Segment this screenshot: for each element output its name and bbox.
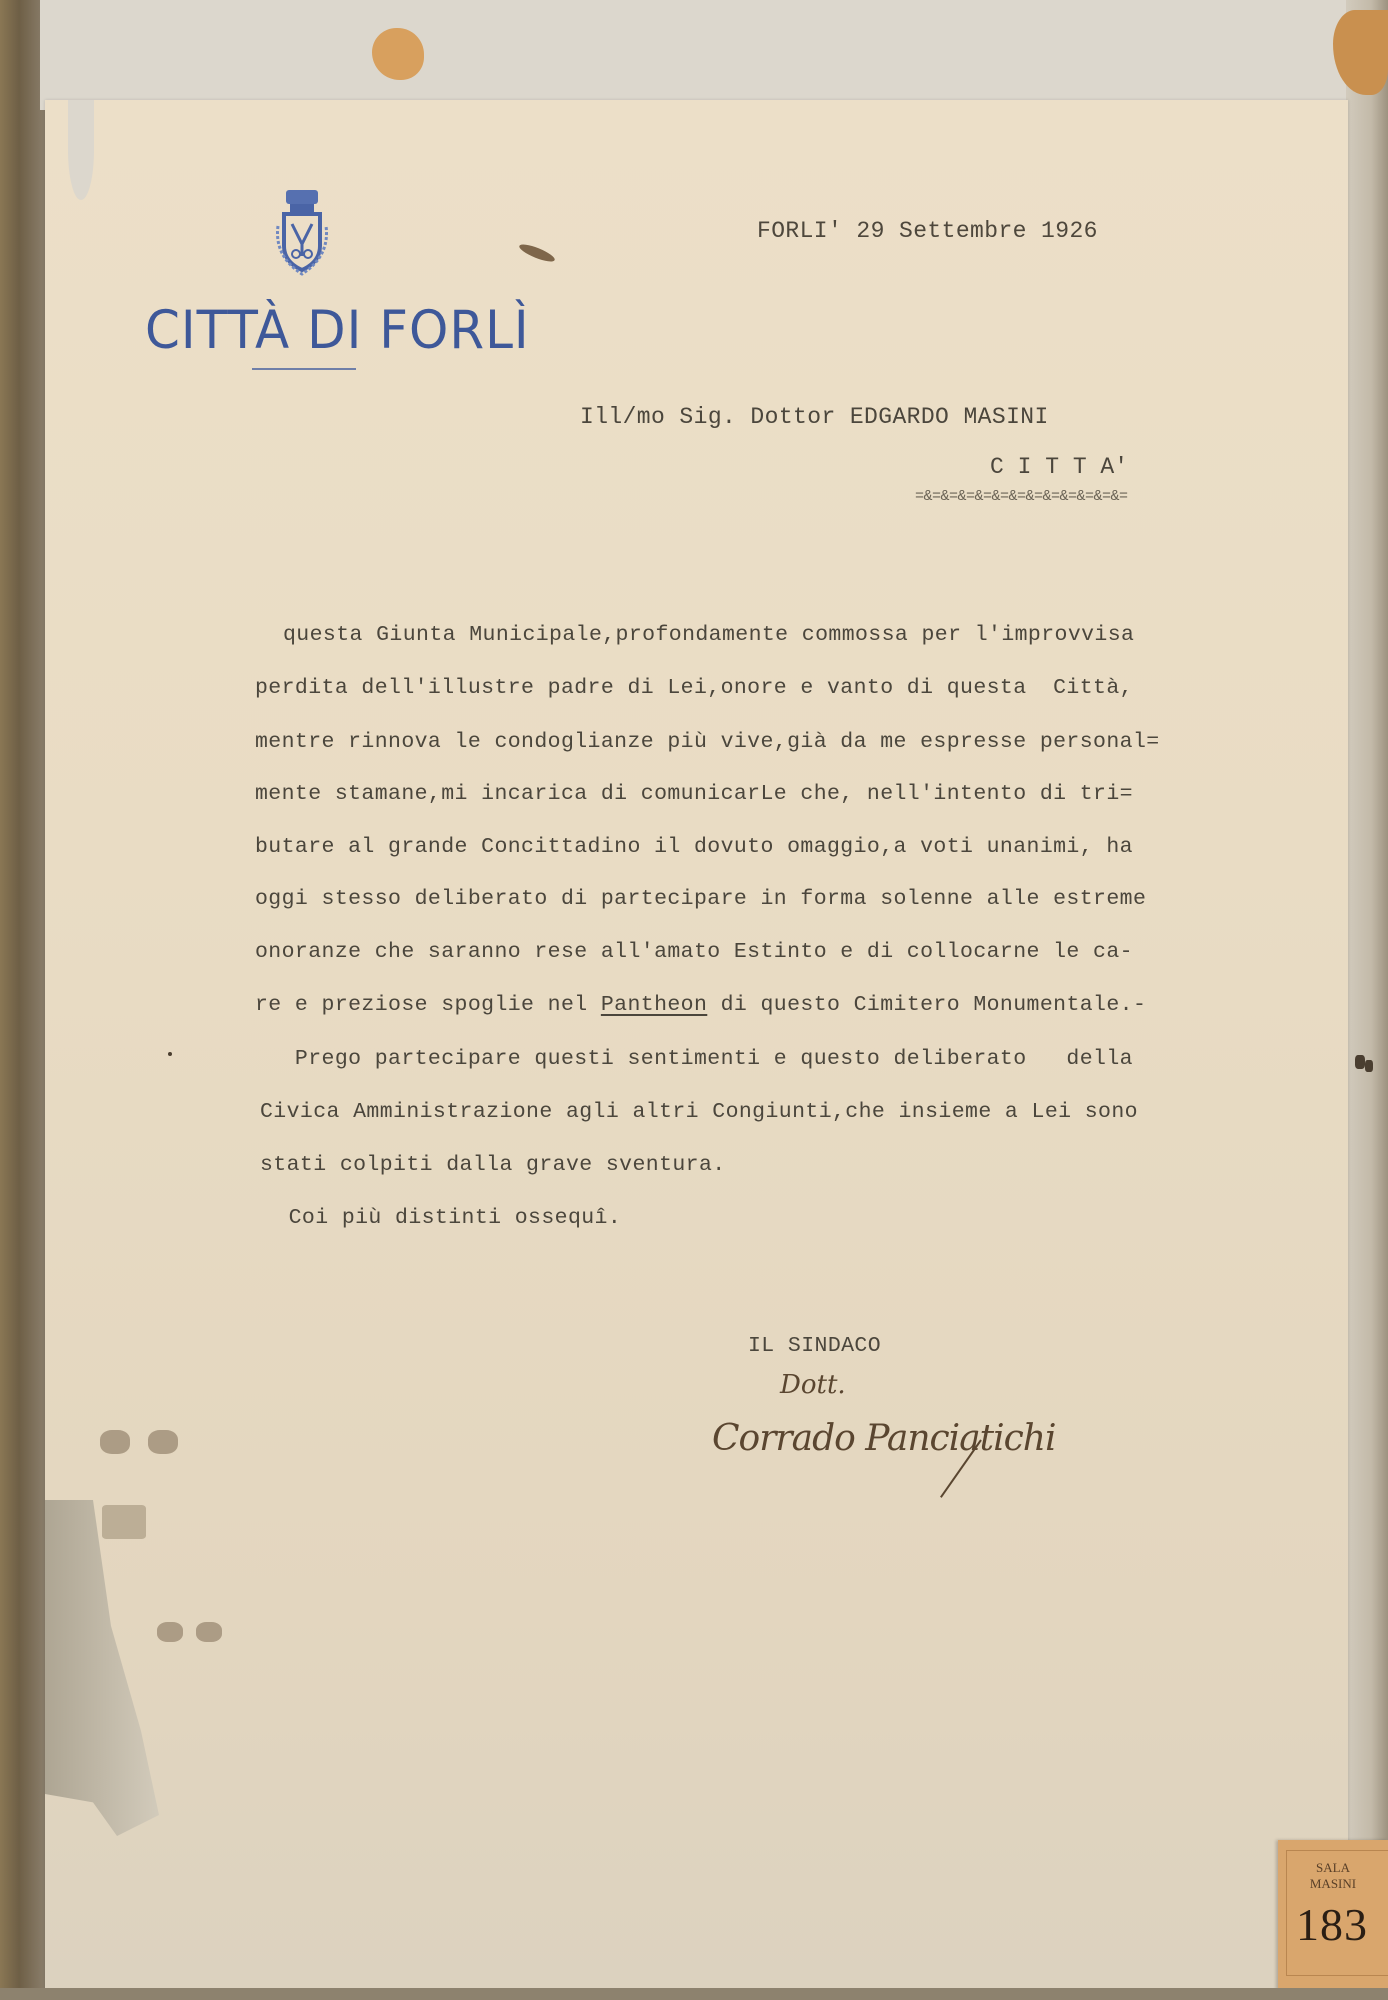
signature-prefix: Dott. [780, 1370, 846, 1400]
speck [168, 1052, 172, 1056]
signature-title: IL SINDACO [748, 1333, 881, 1359]
frame-bottom-edge [0, 1988, 1388, 2000]
body-line: stati colpiti dalla grave sventura. [260, 1152, 726, 1178]
underlined-word: Pantheon [601, 993, 707, 1017]
glue-stain [372, 28, 424, 80]
letterhead-rule [252, 368, 356, 370]
body-line-pantheon: re e preziose spoglie nel Pantheon di qu… [255, 992, 1146, 1018]
letter-paper [45, 100, 1348, 1990]
body-text: di questo Cimitero Monumentale.- [707, 993, 1146, 1017]
body-text: re e preziose spoglie nel [255, 993, 601, 1017]
binding-hole [196, 1622, 222, 1642]
recipient-line: Ill/mo Sig. Dottor EDGARDO MASINI [580, 404, 1049, 430]
body-line: questa Giunta Municipale,profondamente c… [283, 622, 1134, 648]
decorative-rule: =&=&=&=&=&=&=&=&=&=&=&=&= [915, 484, 1128, 510]
body-line: mentre rinnova le condoglianze più vive,… [255, 729, 1160, 755]
speck [1355, 1055, 1365, 1069]
letterhead-city-name: CITTÀ DI FORLÌ [145, 299, 530, 362]
speck [1365, 1060, 1373, 1072]
coat-of-arms-icon [272, 186, 332, 276]
archive-label: SALA MASINI 183 [1278, 1840, 1388, 1990]
body-line: perdita dell'illustre padre di Lei,onore… [255, 675, 1133, 701]
mat-top-strip [40, 0, 1388, 110]
handwritten-signature: Corrado Panciatichi [712, 1418, 1056, 1459]
binding-hole [148, 1430, 178, 1454]
body-line: Prego partecipare questi sentimenti e qu… [255, 1046, 1133, 1072]
body-line: onoranze che saranno rese all'amato Esti… [255, 939, 1133, 965]
frame-left-edge [0, 0, 48, 2000]
archive-label-header: SALA MASINI [1278, 1860, 1388, 1892]
body-line: Coi più distinti ossequî. [262, 1205, 621, 1231]
recipient-city: C I T T A' [990, 454, 1128, 480]
frame-right-edge [1346, 0, 1388, 2000]
body-line: butare al grande Concittadino il dovuto … [255, 834, 1133, 860]
binding-hole [157, 1622, 183, 1642]
archive-label-line2: MASINI [1278, 1876, 1388, 1892]
water-drip-mark [68, 100, 94, 200]
binding-hole [102, 1505, 146, 1539]
body-line: oggi stesso deliberato di partecipare in… [255, 886, 1146, 912]
binding-hole [100, 1430, 130, 1454]
body-line: mente stamane,mi incarica di comunicarLe… [255, 781, 1133, 807]
date-line: FORLI' 29 Settembre 1926 [757, 218, 1098, 244]
archive-label-line1: SALA [1278, 1860, 1388, 1876]
body-line: Civica Amministrazione agli altri Congiu… [260, 1099, 1138, 1125]
archive-label-number: 183 [1296, 1898, 1368, 1951]
